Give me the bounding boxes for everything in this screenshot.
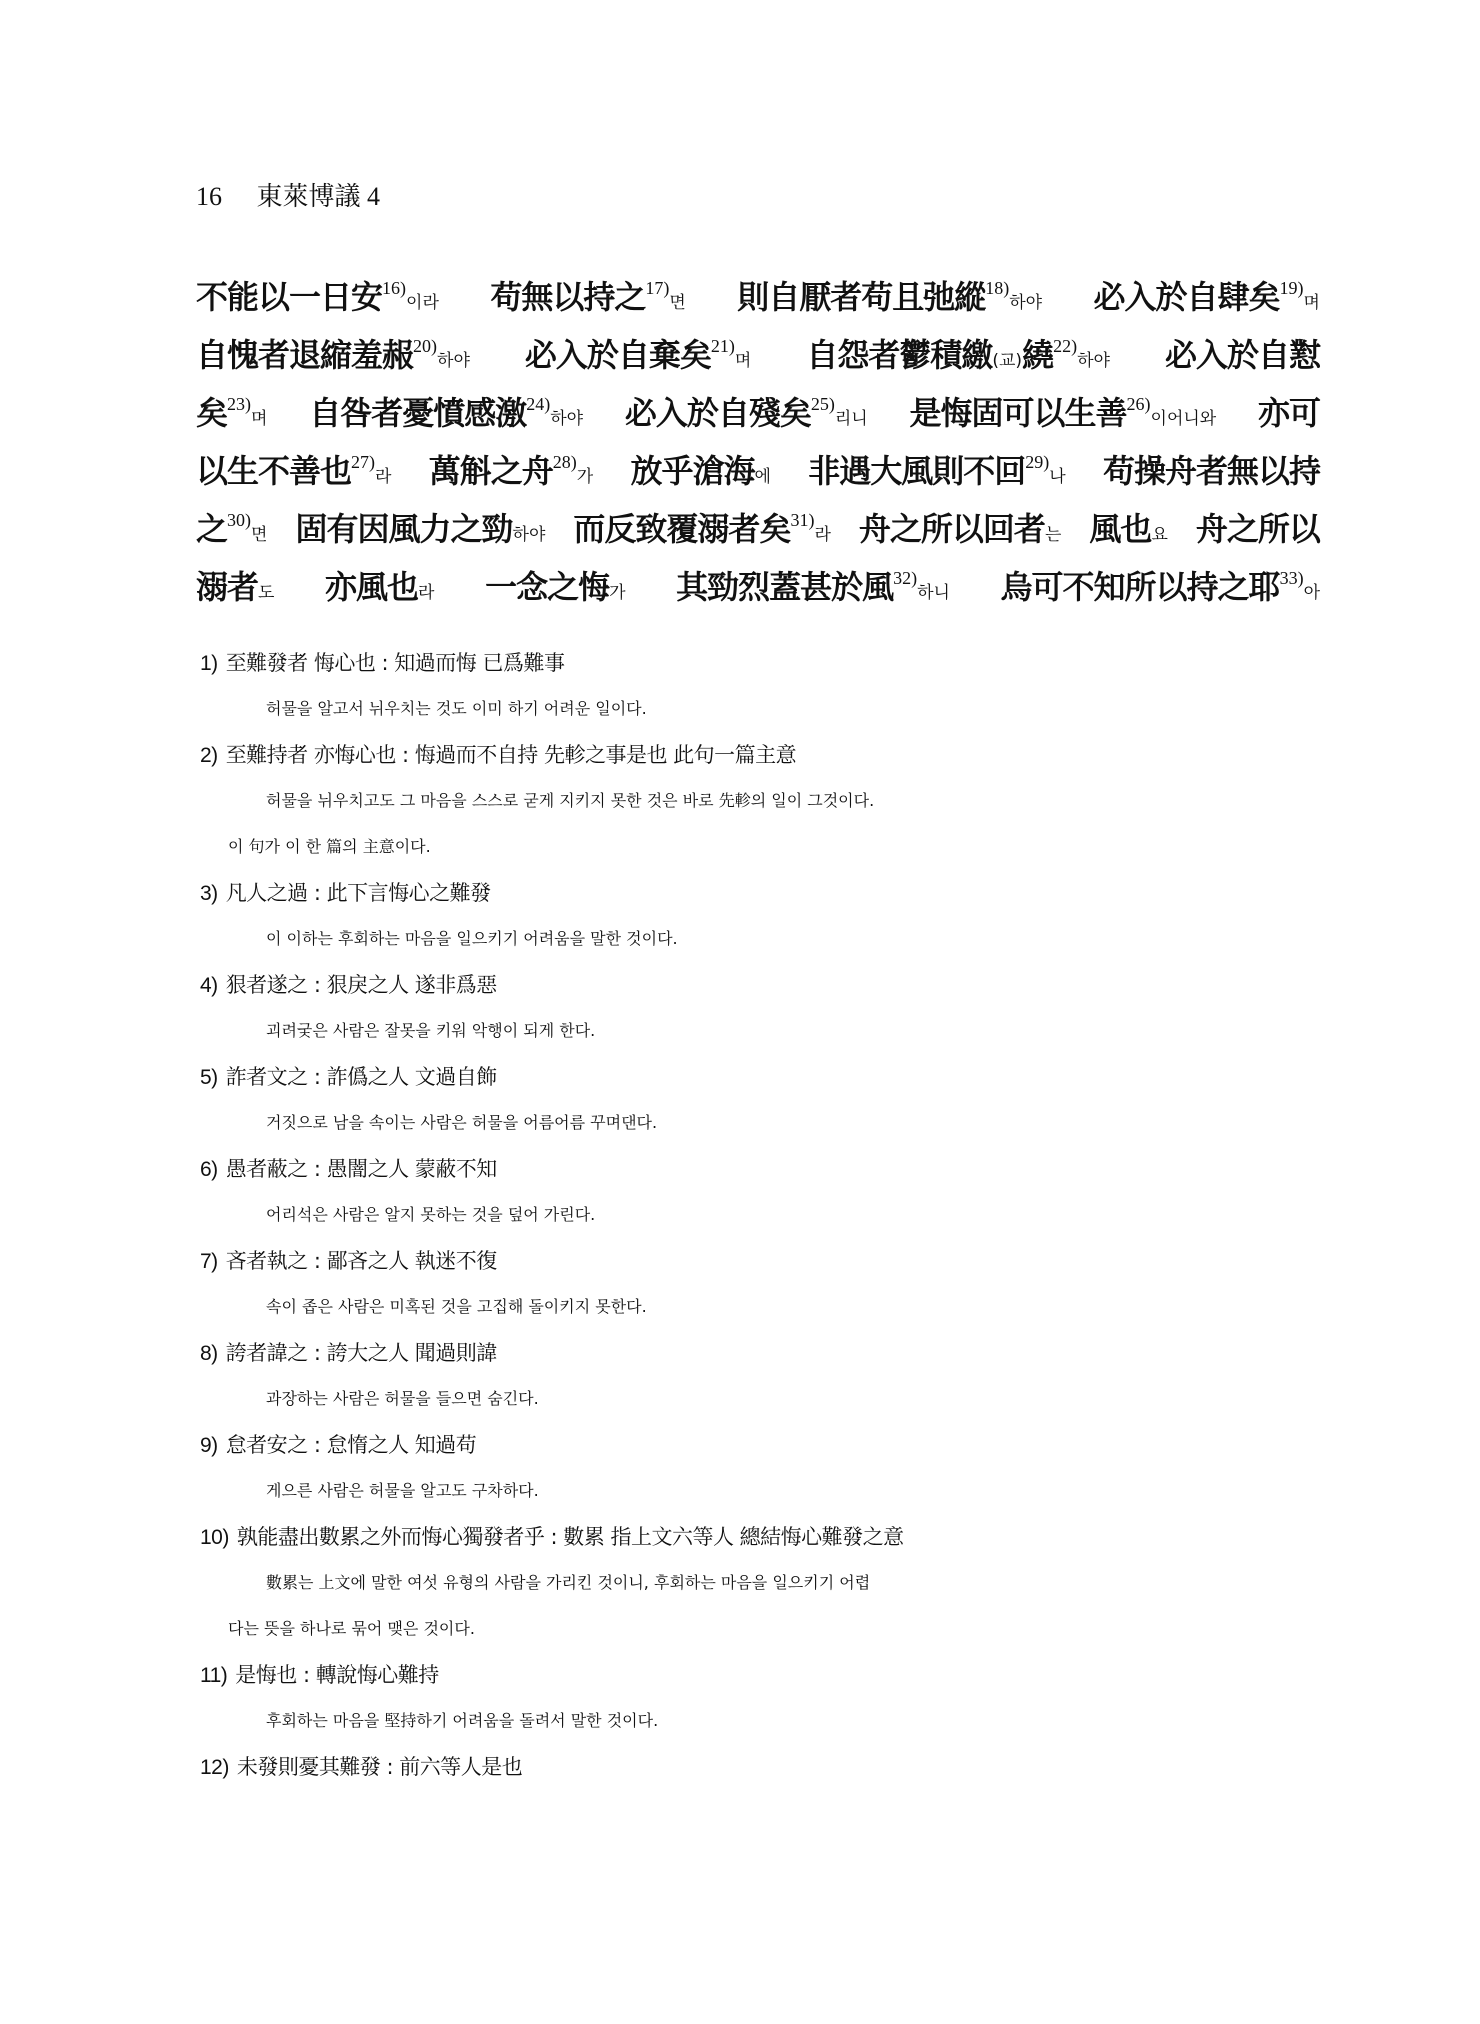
footnote-head: 3)凡人之過 : 此下言悔心之難發 — [200, 870, 1320, 916]
footnote-ref: 19) — [1280, 278, 1304, 298]
korean-particle: 하야 — [437, 351, 470, 371]
phrase: 則自厭者苟且弛縱18)하야 — [737, 268, 1042, 326]
phrase: 亦可 — [1258, 384, 1320, 442]
footnote-ref: 31) — [790, 510, 814, 530]
korean-particle: 도 — [258, 583, 274, 603]
footnote-ref: 22) — [1053, 336, 1077, 356]
hanja-text: 必入於自懟 — [1165, 336, 1320, 374]
hanja-text: 必入於自殘矣 — [625, 394, 811, 432]
footnote-source: 凡人之過 : 此下言悔心之難發 — [226, 881, 491, 905]
footnote-number: 8) — [200, 1342, 218, 1365]
footnote-source: 狠者遂之 : 狠戾之人 遂非爲惡 — [226, 973, 497, 997]
phrase: 不能以一日安16)이라 — [196, 268, 439, 326]
hanja-text: 不能以一日安 — [196, 278, 382, 316]
hanja-text: 之 — [196, 510, 227, 548]
footnote-translation: 후회하는 마음을 堅持하기 어려움을 돌려서 말한 것이다. — [200, 1698, 1320, 1744]
footnote: 4)狠者遂之 : 狠戾之人 遂非爲惡괴려궂은 사람은 잘못을 키워 악행이 되게… — [200, 962, 1320, 1054]
footnote-head: 2)至難持者 亦悔心也 : 悔過而不自持 先軫之事是也 此句一篇主意 — [200, 732, 1320, 778]
footnote-head: 5)詐者文之 : 詐僞之人 文過自飾 — [200, 1054, 1320, 1100]
phrase: 必入於自懟 — [1165, 326, 1320, 384]
footnote-number: 5) — [200, 1066, 218, 1089]
korean-particle: 면 — [669, 293, 685, 313]
footnote-source: 詐者文之 : 詐僞之人 文過自飾 — [226, 1065, 497, 1089]
footnote-number: 6) — [200, 1158, 218, 1181]
footnote-translation: 數累는 上文에 말한 여섯 유형의 사람을 가리킨 것이니, 후회하는 마음을 … — [200, 1560, 1320, 1606]
footnote-source: 至難發者 悔心也 : 知過而悔 已爲難事 — [226, 651, 565, 675]
korean-particle: 하야 — [1009, 293, 1042, 313]
korean-particle: 하야 — [550, 409, 583, 429]
phrase: 自咎者憂憤感激24)하야 — [309, 384, 583, 442]
phrase: 之30)면 — [196, 500, 267, 558]
footnote-translation: 게으른 사람은 허물을 알고도 구차하다. — [200, 1468, 1320, 1514]
footnote-source: 吝者執之 : 鄙吝之人 執迷不復 — [226, 1249, 497, 1273]
phrase: 苟操舟者無以持 — [1103, 442, 1320, 500]
footnote: 10)孰能盡出數累之外而悔心獨發者乎 : 數累 指上文六等人 總結悔心難發之意數… — [200, 1514, 1320, 1652]
footnote-ref: 21) — [711, 336, 735, 356]
footnote-source: 至難持者 亦悔心也 : 悔過而不自持 先軫之事是也 此句一篇主意 — [226, 743, 796, 767]
phrase: 自愧者退縮羞赧20)하야 — [196, 326, 470, 384]
hanja-text: 是悔固可以生善 — [910, 394, 1127, 432]
footnote-ref: 23) — [227, 394, 251, 414]
footnote-translation: 이 句가 이 한 篇의 主意이다. — [200, 824, 1320, 870]
korean-particle: 며 — [735, 351, 751, 371]
footnote-translation: 괴려궂은 사람은 잘못을 키워 악행이 되게 한다. — [200, 1008, 1320, 1054]
footnote-ref: 17) — [645, 278, 669, 298]
hanja-text: 亦可 — [1258, 394, 1320, 432]
footnote-ref: 30) — [227, 510, 251, 530]
korean-particle: 이라 — [406, 293, 439, 313]
phrase: 以生不善也27)라 — [196, 442, 391, 500]
footnote-translation: 허물을 뉘우치고도 그 마음을 스스로 굳게 지키지 못한 것은 바로 先軫의 … — [200, 778, 1320, 824]
footnote: 3)凡人之過 : 此下言悔心之難發이 이하는 후회하는 마음을 일으키기 어려움… — [200, 870, 1320, 962]
korean-particle: 가 — [609, 583, 625, 603]
korean-particle: 라 — [814, 525, 830, 545]
phrase: 是悔固可以生善26)이어니와 — [910, 384, 1217, 442]
korean-particle: 라 — [418, 583, 434, 603]
hanja-text: 舟之所以回者 — [859, 510, 1045, 548]
footnote: 2)至難持者 亦悔心也 : 悔過而不自持 先軫之事是也 此句一篇主意허물을 뉘우… — [200, 732, 1320, 870]
footnote-ref: 25) — [811, 394, 835, 414]
footnote-head: 6)愚者蔽之 : 愚闇之人 蒙蔽不知 — [200, 1146, 1320, 1192]
main-text-line: 自愧者退縮羞赧20)하야必入於自棄矣21)며自怨者鬱積繳(교)繞22)하야必入於… — [196, 326, 1320, 384]
footnote-ref: 27) — [351, 452, 375, 472]
footnote-number: 1) — [200, 652, 218, 675]
korean-particle: 하니 — [917, 583, 950, 603]
phrase: 溺者도 — [196, 558, 274, 616]
footnote-number: 11) — [200, 1664, 227, 1687]
hanja-text: 烏可不知所以持之耶 — [1001, 568, 1280, 606]
footnote-number: 12) — [200, 1756, 229, 1779]
footnote: 6)愚者蔽之 : 愚闇之人 蒙蔽不知어리석은 사람은 알지 못하는 것을 덮어 … — [200, 1146, 1320, 1238]
footnote-ref: 18) — [985, 278, 1009, 298]
phrase: 而反致覆溺者矣31)라 — [573, 500, 830, 558]
hanja-text: 固有因風力之勁 — [296, 510, 513, 548]
footnote-translation: 속이 좁은 사람은 미혹된 것을 고집해 돌이키지 못한다. — [200, 1284, 1320, 1330]
footnote-ref: 24) — [526, 394, 550, 414]
footnote-head: 1)至難發者 悔心也 : 知過而悔 已爲難事 — [200, 640, 1320, 686]
footnote-number: 3) — [200, 882, 218, 905]
korean-particle: (교) — [992, 351, 1022, 371]
korean-particle: 요 — [1151, 525, 1167, 545]
hanja-text: 一念之悔 — [485, 568, 609, 606]
footnotes: 1)至難發者 悔心也 : 知過而悔 已爲難事허물을 알고서 뉘우치는 것도 이미… — [200, 640, 1320, 1790]
main-text-line: 以生不善也27)라萬斛之舟28)가放乎滄海에非遇大風則不回29)나苟操舟者無以持 — [196, 442, 1320, 500]
hanja-text: 萬斛之舟 — [429, 452, 553, 490]
footnote-number: 4) — [200, 974, 218, 997]
footnote-source: 孰能盡出數累之外而悔心獨發者乎 : 數累 指上文六等人 總結悔心難發之意 — [237, 1525, 904, 1549]
phrase: 自怨者鬱積繳(교)繞22)하야 — [806, 326, 1110, 384]
footnote-translation: 허물을 알고서 뉘우치는 것도 이미 하기 어려운 일이다. — [200, 686, 1320, 732]
hanja-text: 放乎滄海 — [630, 452, 754, 490]
phrase: 放乎滄海에 — [630, 442, 770, 500]
footnote-ref: 29) — [1025, 452, 1049, 472]
phrase: 萬斛之舟28)가 — [429, 442, 593, 500]
phrase: 風也요 — [1089, 500, 1167, 558]
hanja-text: 非遇大風則不回 — [808, 452, 1025, 490]
hanja-text: 繞 — [1022, 336, 1053, 374]
footnote: 9)怠者安之 : 怠惰之人 知過苟게으른 사람은 허물을 알고도 구차하다. — [200, 1422, 1320, 1514]
korean-particle: 며 — [1304, 293, 1320, 313]
korean-particle: 이어니와 — [1151, 409, 1217, 429]
hanja-text: 以生不善也 — [196, 452, 351, 490]
hanja-text: 則自厭者苟且弛縱 — [737, 278, 985, 316]
footnote-source: 未發則憂其難發 : 前六等人是也 — [237, 1755, 522, 1779]
footnote-number: 9) — [200, 1434, 218, 1457]
footnote-translation: 어리석은 사람은 알지 못하는 것을 덮어 가린다. — [200, 1192, 1320, 1238]
main-text-line: 矣23)며自咎者憂憤感激24)하야必入於自殘矣25)리니是悔固可以生善26)이어… — [196, 384, 1320, 442]
korean-particle: 며 — [251, 409, 267, 429]
footnote-ref: 32) — [893, 568, 917, 588]
footnote-number: 7) — [200, 1250, 218, 1273]
phrase: 必入於自肆矣19)며 — [1094, 268, 1320, 326]
korean-particle: 하야 — [1077, 351, 1110, 371]
footnote-translation: 다는 뜻을 하나로 묶어 맺은 것이다. — [200, 1606, 1320, 1652]
hanja-text: 風也 — [1089, 510, 1151, 548]
footnote-number: 2) — [200, 744, 218, 767]
footnote-source: 怠者安之 : 怠惰之人 知過苟 — [226, 1433, 477, 1457]
footnote-ref: 33) — [1280, 568, 1304, 588]
korean-particle: 에 — [754, 467, 770, 487]
footnote: 11)是悔也 : 轉說悔心難持후회하는 마음을 堅持하기 어려움을 돌려서 말한… — [200, 1652, 1320, 1744]
footnote-translation: 과장하는 사람은 허물을 들으면 숨긴다. — [200, 1376, 1320, 1422]
hanja-text: 溺者 — [196, 568, 258, 606]
footnote-ref: 20) — [413, 336, 437, 356]
phrase: 舟之所以 — [1196, 500, 1320, 558]
footnote-number: 10) — [200, 1526, 229, 1549]
footnote-head: 12)未發則憂其難發 : 前六等人是也 — [200, 1744, 1320, 1790]
hanja-text: 苟操舟者無以持 — [1103, 452, 1320, 490]
phrase: 必入於自棄矣21)며 — [525, 326, 751, 384]
footnote: 1)至難發者 悔心也 : 知過而悔 已爲難事허물을 알고서 뉘우치는 것도 이미… — [200, 640, 1320, 732]
hanja-text: 必入於自棄矣 — [525, 336, 711, 374]
hanja-text: 必入於自肆矣 — [1094, 278, 1280, 316]
footnote-head: 11)是悔也 : 轉說悔心難持 — [200, 1652, 1320, 1698]
korean-particle: 면 — [251, 525, 267, 545]
phrase: 非遇大風則不回29)나 — [808, 442, 1065, 500]
korean-particle: 하야 — [513, 525, 546, 545]
page-number: 16 — [196, 182, 222, 211]
phrase: 其勁烈蓋甚於風32)하니 — [676, 558, 950, 616]
footnote: 8)誇者諱之 : 誇大之人 聞過則諱과장하는 사람은 허물을 들으면 숨긴다. — [200, 1330, 1320, 1422]
hanja-text: 苟無以持之 — [490, 278, 645, 316]
footnote-source: 是悔也 : 轉說悔心難持 — [235, 1663, 438, 1687]
footnote: 12)未發則憂其難發 : 前六等人是也 — [200, 1744, 1320, 1790]
phrase: 烏可不知所以持之耶33)아 — [1001, 558, 1320, 616]
footnote-translation: 거짓으로 남을 속이는 사람은 허물을 어름어름 꾸며댄다. — [200, 1100, 1320, 1146]
running-header: 16 東萊博議 4 — [196, 176, 380, 213]
footnote: 5)詐者文之 : 詐僞之人 文過自飾거짓으로 남을 속이는 사람은 허물을 어름… — [200, 1054, 1320, 1146]
footnote: 7)吝者執之 : 鄙吝之人 執迷不復속이 좁은 사람은 미혹된 것을 고집해 돌… — [200, 1238, 1320, 1330]
hanja-text: 自咎者憂憤感激 — [309, 394, 526, 432]
main-text-line: 溺者도亦風也라一念之悔가其勁烈蓋甚於風32)하니烏可不知所以持之耶33)아 — [196, 558, 1320, 616]
phrase: 矣23)며 — [196, 384, 267, 442]
hanja-text: 自怨者鬱積繳 — [806, 336, 992, 374]
footnote-ref: 16) — [382, 278, 406, 298]
footnote-head: 4)狠者遂之 : 狠戾之人 遂非爲惡 — [200, 962, 1320, 1008]
korean-particle: 나 — [1049, 467, 1065, 487]
phrase: 一念之悔가 — [485, 558, 625, 616]
hanja-text: 其勁烈蓋甚於風 — [676, 568, 893, 606]
phrase: 必入於自殘矣25)리니 — [625, 384, 868, 442]
hanja-text: 舟之所以 — [1196, 510, 1320, 548]
main-text-block: 不能以一日安16)이라苟無以持之17)면則自厭者苟且弛縱18)하야必入於自肆矣1… — [196, 268, 1320, 616]
hanja-text: 矣 — [196, 394, 227, 432]
footnote-head: 10)孰能盡出數累之外而悔心獨發者乎 : 數累 指上文六等人 總結悔心難發之意 — [200, 1514, 1320, 1560]
footnote-ref: 26) — [1127, 394, 1151, 414]
phrase: 舟之所以回者는 — [859, 500, 1061, 558]
footnote-source: 誇者諱之 : 誇大之人 聞過則諱 — [226, 1341, 497, 1365]
korean-particle: 라 — [375, 467, 391, 487]
book-title: 東萊博議 4 — [257, 182, 381, 211]
footnote-head: 7)吝者執之 : 鄙吝之人 執迷不復 — [200, 1238, 1320, 1284]
korean-particle: 가 — [577, 467, 593, 487]
main-text-line: 不能以一日安16)이라苟無以持之17)면則自厭者苟且弛縱18)하야必入於自肆矣1… — [196, 268, 1320, 326]
korean-particle: 는 — [1045, 525, 1061, 545]
footnote-ref: 28) — [553, 452, 577, 472]
phrase: 苟無以持之17)면 — [490, 268, 685, 326]
footnote-head: 9)怠者安之 : 怠惰之人 知過苟 — [200, 1422, 1320, 1468]
footnote-head: 8)誇者諱之 : 誇大之人 聞過則諱 — [200, 1330, 1320, 1376]
phrase: 固有因風力之勁하야 — [296, 500, 546, 558]
footnote-translation: 이 이하는 후회하는 마음을 일으키기 어려움을 말한 것이다. — [200, 916, 1320, 962]
phrase: 亦風也라 — [325, 558, 434, 616]
korean-particle: 리니 — [835, 409, 868, 429]
footnote-source: 愚者蔽之 : 愚闇之人 蒙蔽不知 — [226, 1157, 497, 1181]
hanja-text: 而反致覆溺者矣 — [573, 510, 790, 548]
main-text-line: 之30)면固有因風力之勁하야而反致覆溺者矣31)라舟之所以回者는風也요舟之所以 — [196, 500, 1320, 558]
hanja-text: 亦風也 — [325, 568, 418, 606]
hanja-text: 自愧者退縮羞赧 — [196, 336, 413, 374]
korean-particle: 아 — [1304, 583, 1320, 603]
